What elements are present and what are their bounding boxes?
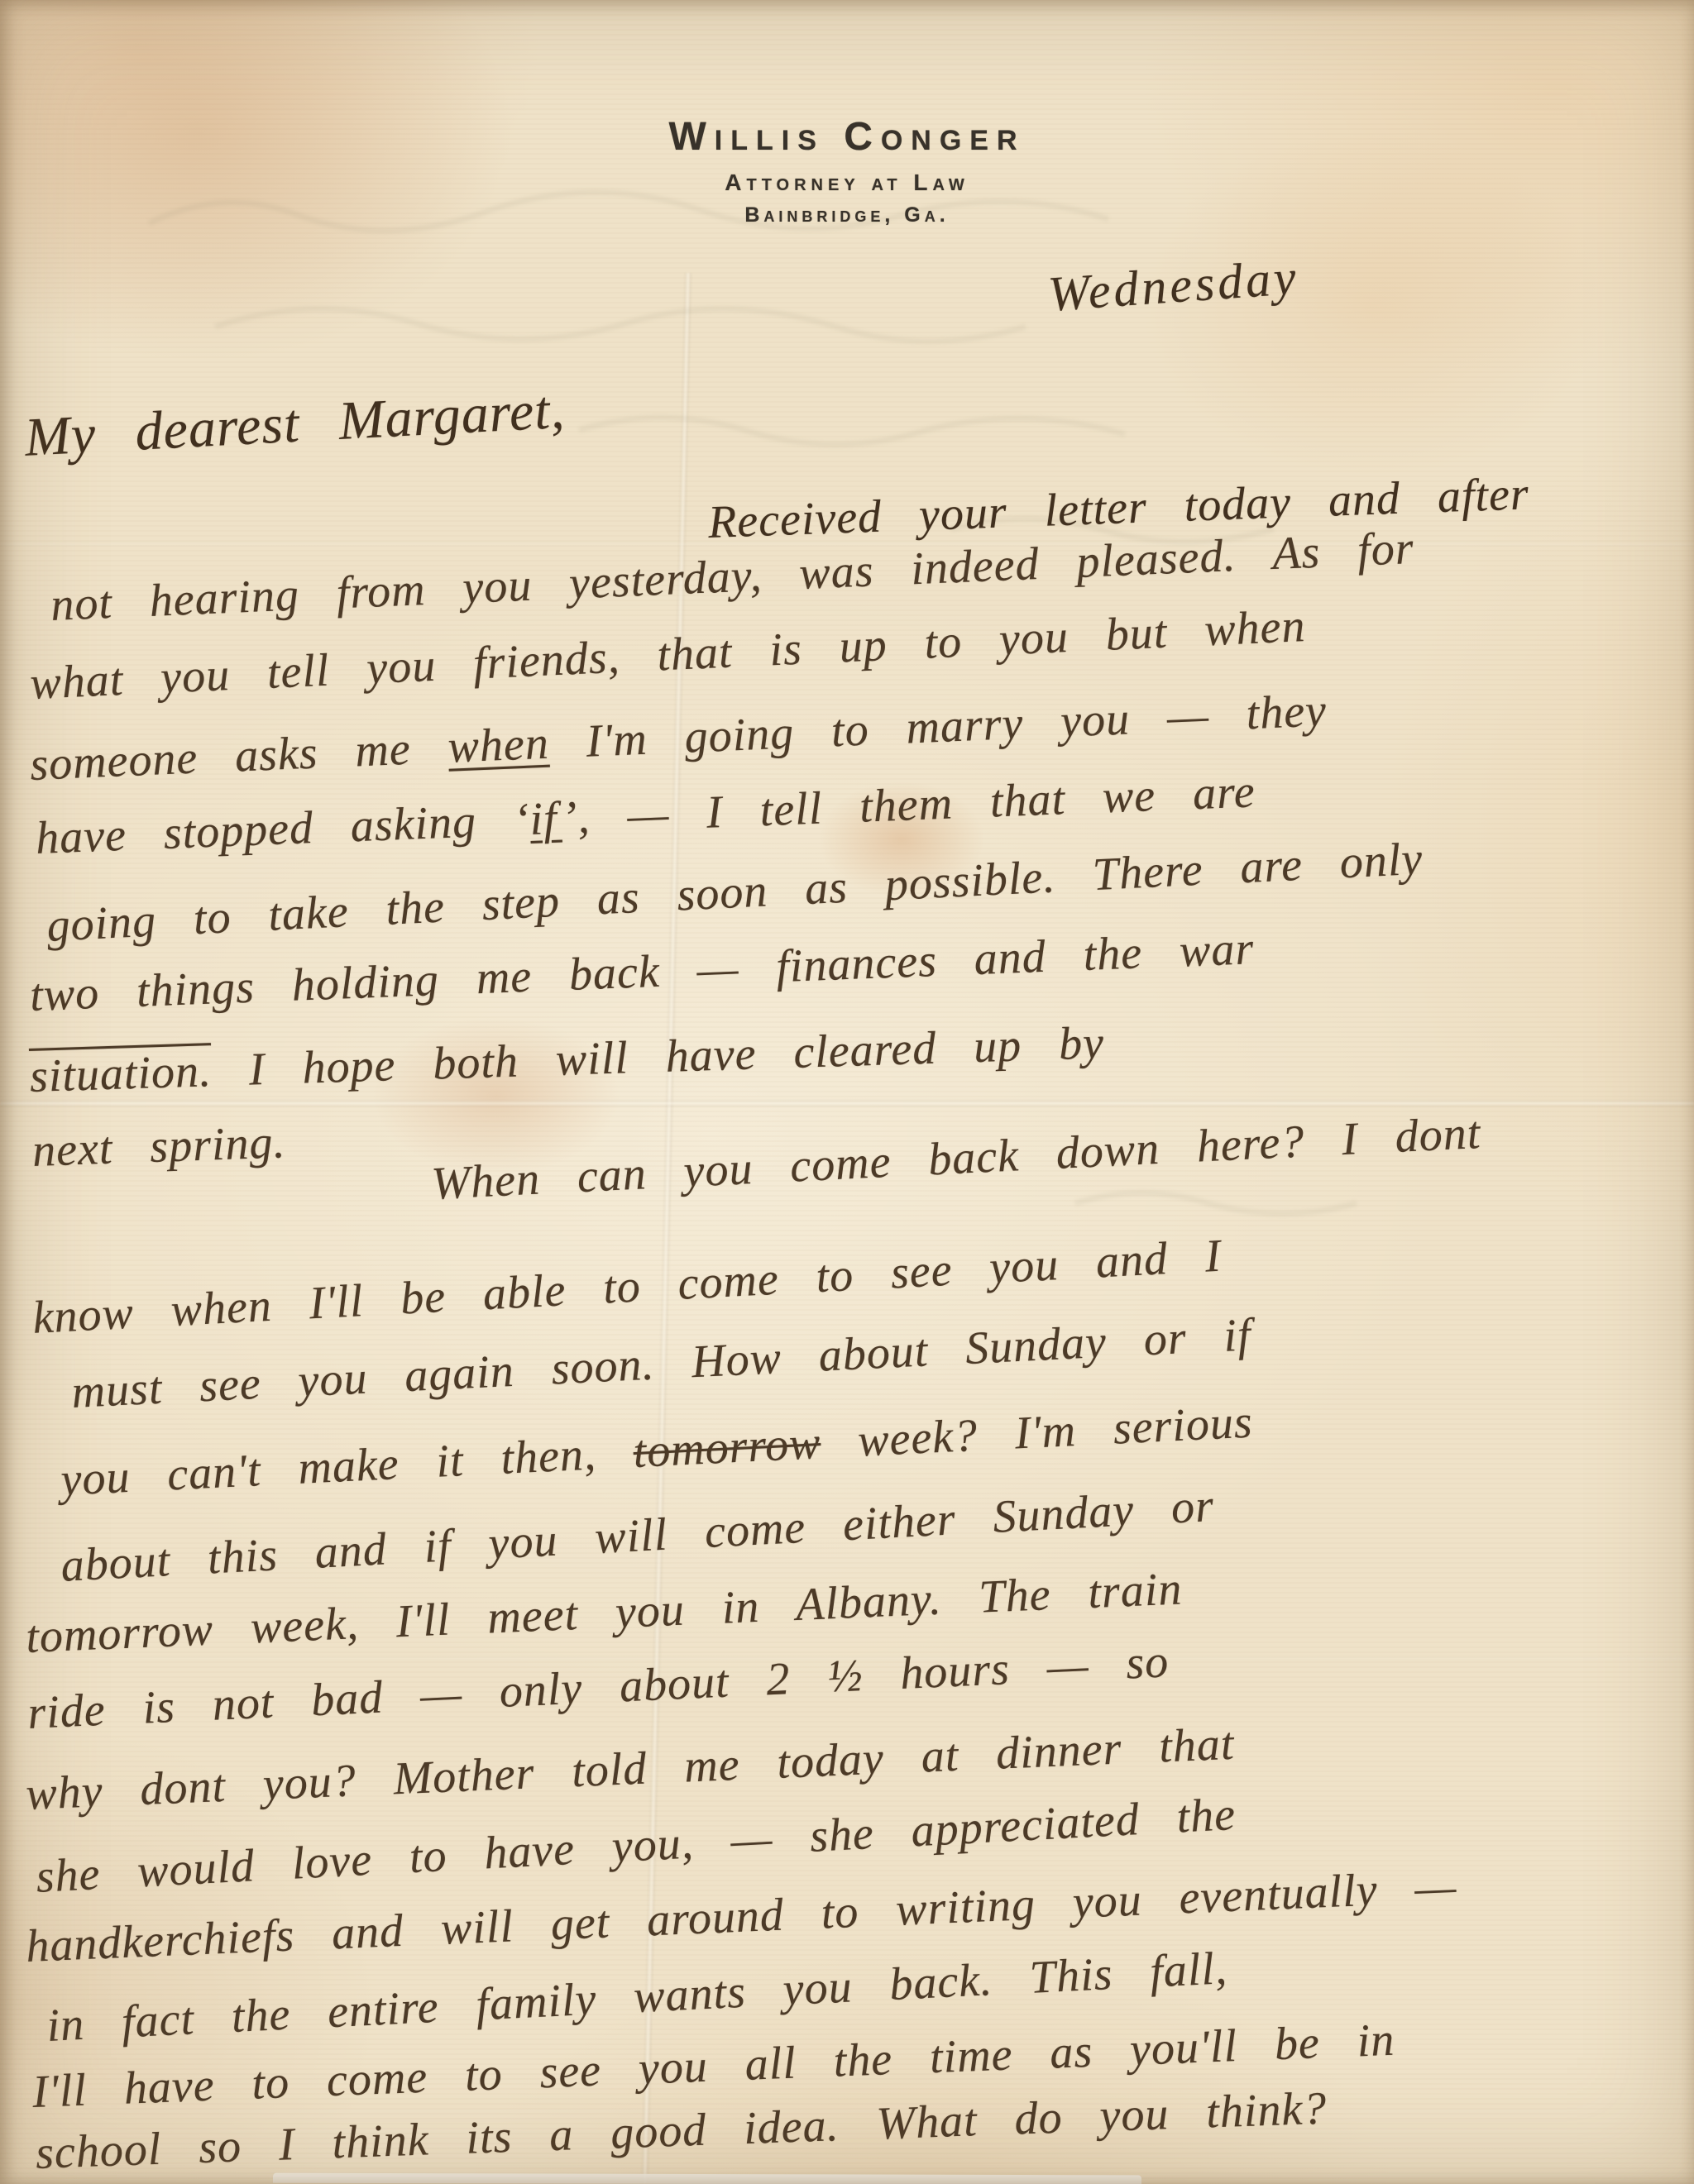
body-line-10: When can you come back down here? I dont xyxy=(430,1106,1482,1211)
line-text: have stopped asking ‘ xyxy=(35,794,531,864)
scanner-edge xyxy=(273,2173,1141,2184)
date-line: Wednesday xyxy=(1046,249,1301,323)
underlined-word: if xyxy=(529,793,562,845)
struck-word: tomorrow xyxy=(632,1417,822,1478)
line-text: someone asks me xyxy=(29,722,449,791)
letterhead-name: Willis Conger xyxy=(0,114,1694,160)
letterhead: Willis Conger Attorney at Law Bainbridge… xyxy=(0,114,1694,227)
letterhead-title: Attorney at Law xyxy=(0,170,1694,196)
body-line-9: next spring. xyxy=(31,1116,286,1178)
letterhead-location: Bainbridge, Ga. xyxy=(0,203,1694,227)
line-text: I hope both will have cleared up by xyxy=(211,1017,1105,1097)
salutation: My dearest Margaret, xyxy=(23,379,567,470)
horizontal-fold-crease xyxy=(0,1100,1694,1106)
body-line-8: situation. I hope both will have cleared… xyxy=(29,1016,1105,1103)
overlined-word: situation. xyxy=(29,1045,213,1102)
line-text: I'm going to marry you — they xyxy=(548,685,1328,768)
underlined-word: when xyxy=(447,718,550,773)
line-text: ’, — I tell them that we are xyxy=(561,766,1256,843)
line-text: you can't make it then, xyxy=(60,1427,634,1506)
letter-page: Willis Conger Attorney at Law Bainbridge… xyxy=(0,0,1694,2184)
line-text: week? I'm serious xyxy=(820,1397,1254,1469)
